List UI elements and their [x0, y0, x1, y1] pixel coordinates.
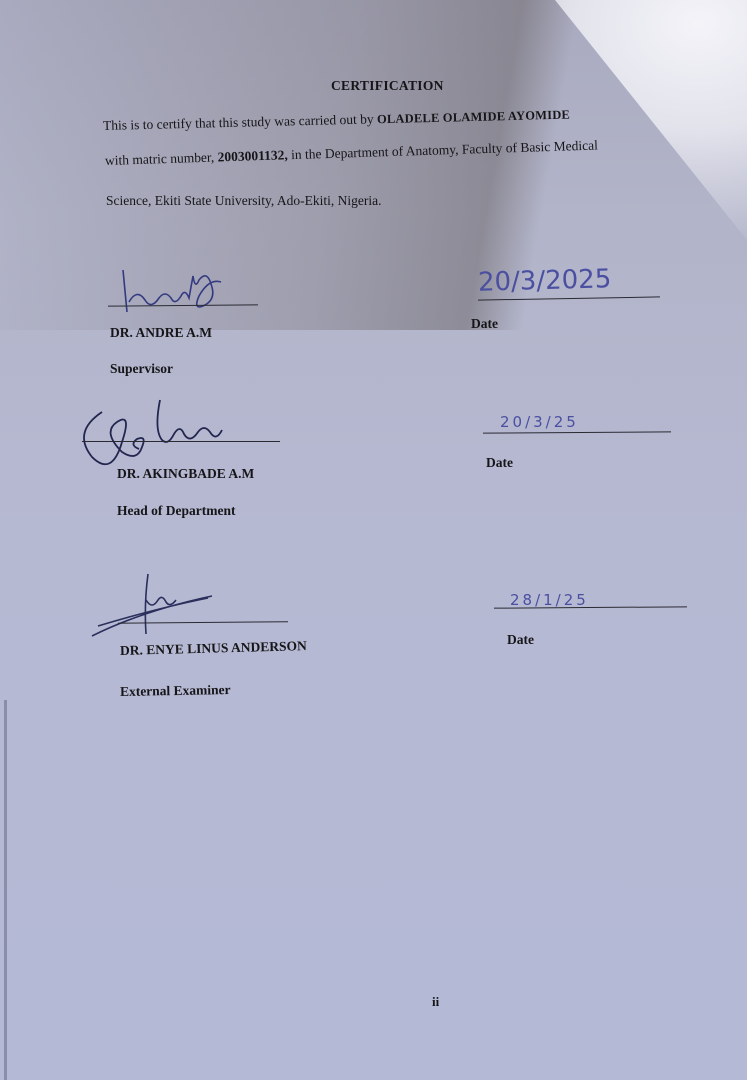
hod-handwritten-date: 20/3/25 [500, 413, 579, 431]
student-name: OLADELE OLAMIDE AYOMIDE [377, 108, 570, 127]
supervisor-name: DR. ANDRE A.M [110, 325, 212, 341]
supervisor-role: Supervisor [110, 361, 173, 377]
paragraph-line-3: Science, Ekiti State University, Ado-Eki… [106, 193, 381, 209]
paper-edge [4, 700, 7, 1080]
hod-signature-line [82, 441, 280, 442]
external-examiner-date-line [494, 606, 687, 609]
supervisor-signature [105, 262, 285, 320]
external-examiner-signature [88, 570, 248, 640]
hod-role: Head of Department [117, 503, 235, 519]
external-examiner-role: External Examiner [120, 682, 231, 700]
hod-name: DR. AKINGBADE A.M [117, 466, 254, 482]
document-page: CERTIFICATION This is to certify that th… [0, 0, 747, 1080]
supervisor-date-line [478, 296, 660, 300]
external-examiner-name: DR. ENYE LINUS ANDERSON [120, 638, 307, 659]
hod-date-label: Date [486, 455, 513, 471]
document-title: CERTIFICATION [331, 78, 444, 94]
supervisor-handwritten-date: 20/3/2025 [478, 264, 612, 297]
paragraph-line-2: with matric number, 2003001132, in the D… [105, 138, 598, 169]
paragraph-line-1: This is to certify that this study was c… [103, 107, 570, 134]
external-examiner-date-label: Date [507, 632, 534, 648]
matric-number: 2003001132, [217, 147, 288, 164]
hod-signature [72, 392, 272, 472]
hod-date-line [483, 431, 671, 433]
page-number: ii [432, 994, 439, 1010]
supervisor-date-label: Date [471, 316, 498, 332]
